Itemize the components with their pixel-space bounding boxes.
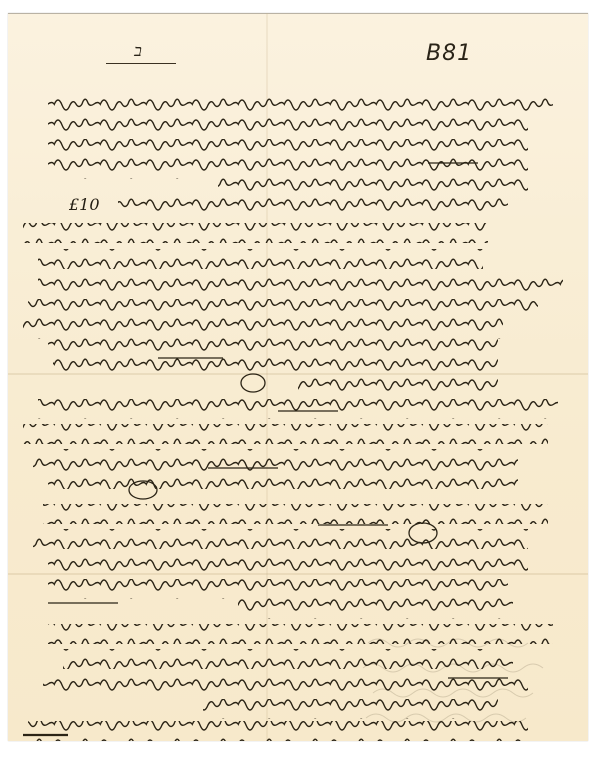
handwritten-line: [28, 299, 538, 319]
handwritten-line: [33, 449, 518, 469]
handwritten-line: [23, 424, 548, 444]
handwritten-line: [38, 249, 483, 269]
handwritten-line: [23, 223, 488, 243]
handwritten-line: [43, 674, 528, 694]
handwritten-line: [33, 529, 528, 549]
handwritten-line: [218, 179, 528, 199]
handwritten-line: [118, 197, 508, 217]
handwritten-line: [203, 699, 498, 719]
handwritten-body: [8, 13, 588, 741]
handwritten-line: [48, 117, 528, 137]
handwritten-line: [43, 504, 548, 524]
handwritten-line: [48, 554, 528, 574]
handwritten-line: [28, 721, 528, 741]
handwritten-line: [38, 399, 558, 419]
handwritten-line: [63, 649, 513, 669]
handwritten-line: [48, 469, 518, 489]
handwritten-line: [48, 139, 528, 159]
handwritten-line: [238, 599, 513, 619]
letter-page: ב B81 £10 [il: [8, 13, 588, 741]
handwritten-line: [48, 159, 528, 179]
handwritten-line: [53, 354, 498, 374]
handwritten-line: [23, 319, 503, 339]
handwritten-line: [48, 94, 553, 114]
handwritten-line: [48, 624, 553, 644]
handwritten-line: [298, 374, 498, 394]
handwritten-line: [48, 579, 508, 599]
handwritten-line: [38, 274, 563, 294]
